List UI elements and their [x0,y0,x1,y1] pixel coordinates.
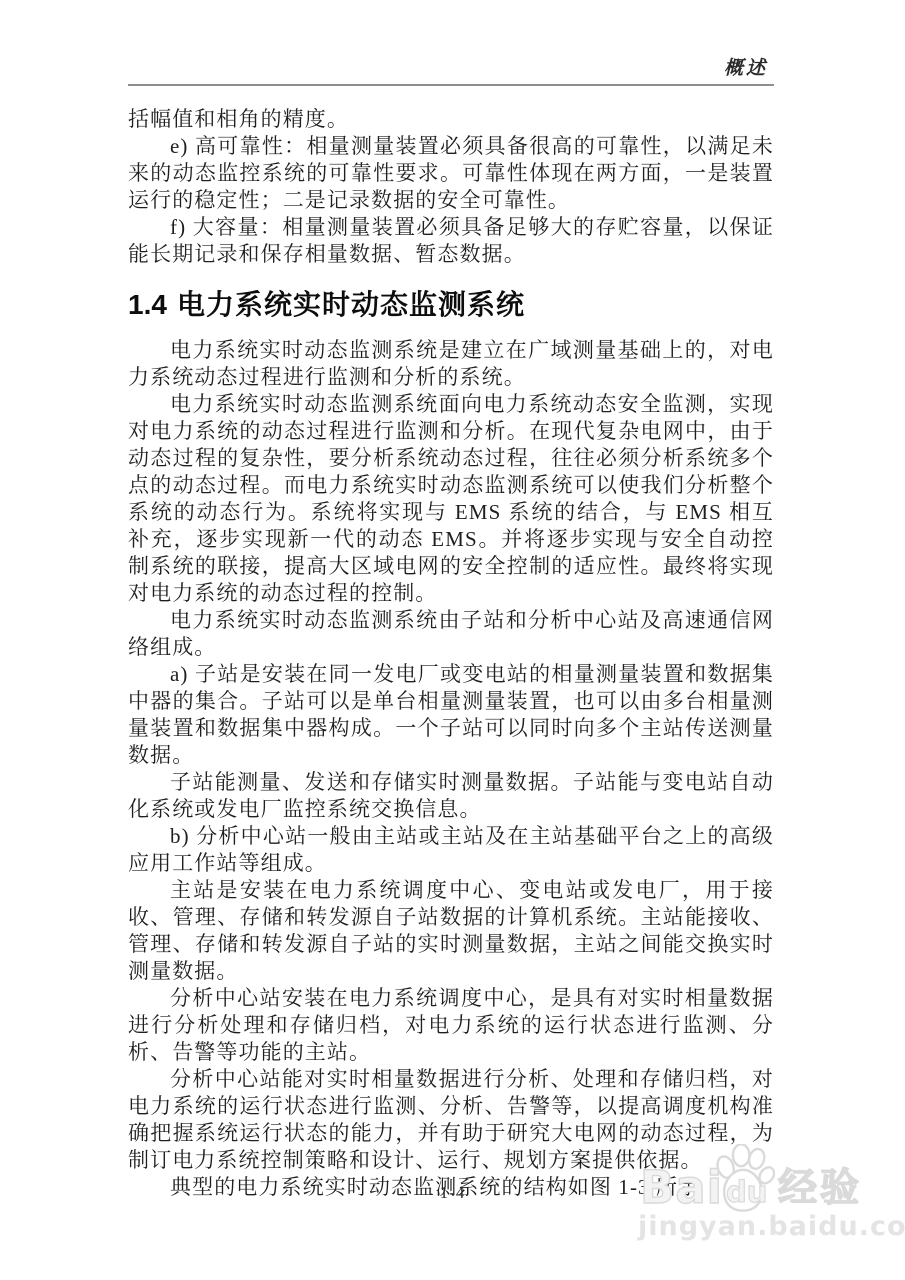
header-section-label: 概述 [724,57,768,81]
body-paragraph: 电力系统实时动态监测系统面向电力系统动态安全监测，实现对电力系统的动态过程进行监… [128,391,774,607]
body-paragraph: 电力系统实时动态监测系统由子站和分析中心站及高速通信网络组成。 [128,607,774,661]
body-paragraph-a: a) 子站是安装在同一发电厂或变电站的相量测量装置和数据集中器的集合。子站可以是… [128,661,774,769]
page-number: 1-4 [0,1183,905,1203]
section-number: 1.4 [128,289,167,320]
document-page: 概述 括幅值和相角的精度。 e) 高可靠性：相量测量装置必须具备很高的可靠性，以… [0,0,905,1280]
body-paragraph: 分析中心站能对实时相量数据进行分析、处理和存储归档，对电力系统的运行状态进行监测… [128,1066,774,1174]
section-title: 电力系统实时动态监测系统 [177,289,525,320]
body-paragraph-b: b) 分析中心站一般由主站或主站及在主站基础平台之上的高级应用工作站等组成。 [128,823,774,877]
body-paragraph-f: f) 大容量：相量测量装置必须具备足够大的存贮容量，以保证能长期记录和保存相量数… [128,214,774,268]
page-content: 括幅值和相角的精度。 e) 高可靠性：相量测量装置必须具备很高的可靠性，以满足未… [128,106,774,1201]
body-paragraph: 子站能测量、发送和存储实时测量数据。子站能与变电站自动化系统或发电厂监控系统交换… [128,769,774,823]
watermark-url: jingyan.baidu.com [638,1213,905,1241]
body-paragraph-e: e) 高可靠性：相量测量装置必须具备很高的可靠性，以满足未来的动态监控系统的可靠… [128,133,774,214]
header-rule [128,84,774,86]
body-paragraph: 分析中心站安装在电力系统调度中心，是具有对实时相量数据进行分析处理和存储归档，对… [128,985,774,1066]
section-heading: 1.4电力系统实时动态监测系统 [128,288,774,322]
body-paragraph: 电力系统实时动态监测系统是建立在广域测量基础上的，对电力系统动态过程进行监测和分… [128,337,774,391]
paragraph-continuation: 括幅值和相角的精度。 [128,106,774,133]
body-paragraph: 主站是安装在电力系统调度中心、变电站或发电厂，用于接收、管理、存储和转发源自子站… [128,877,774,985]
